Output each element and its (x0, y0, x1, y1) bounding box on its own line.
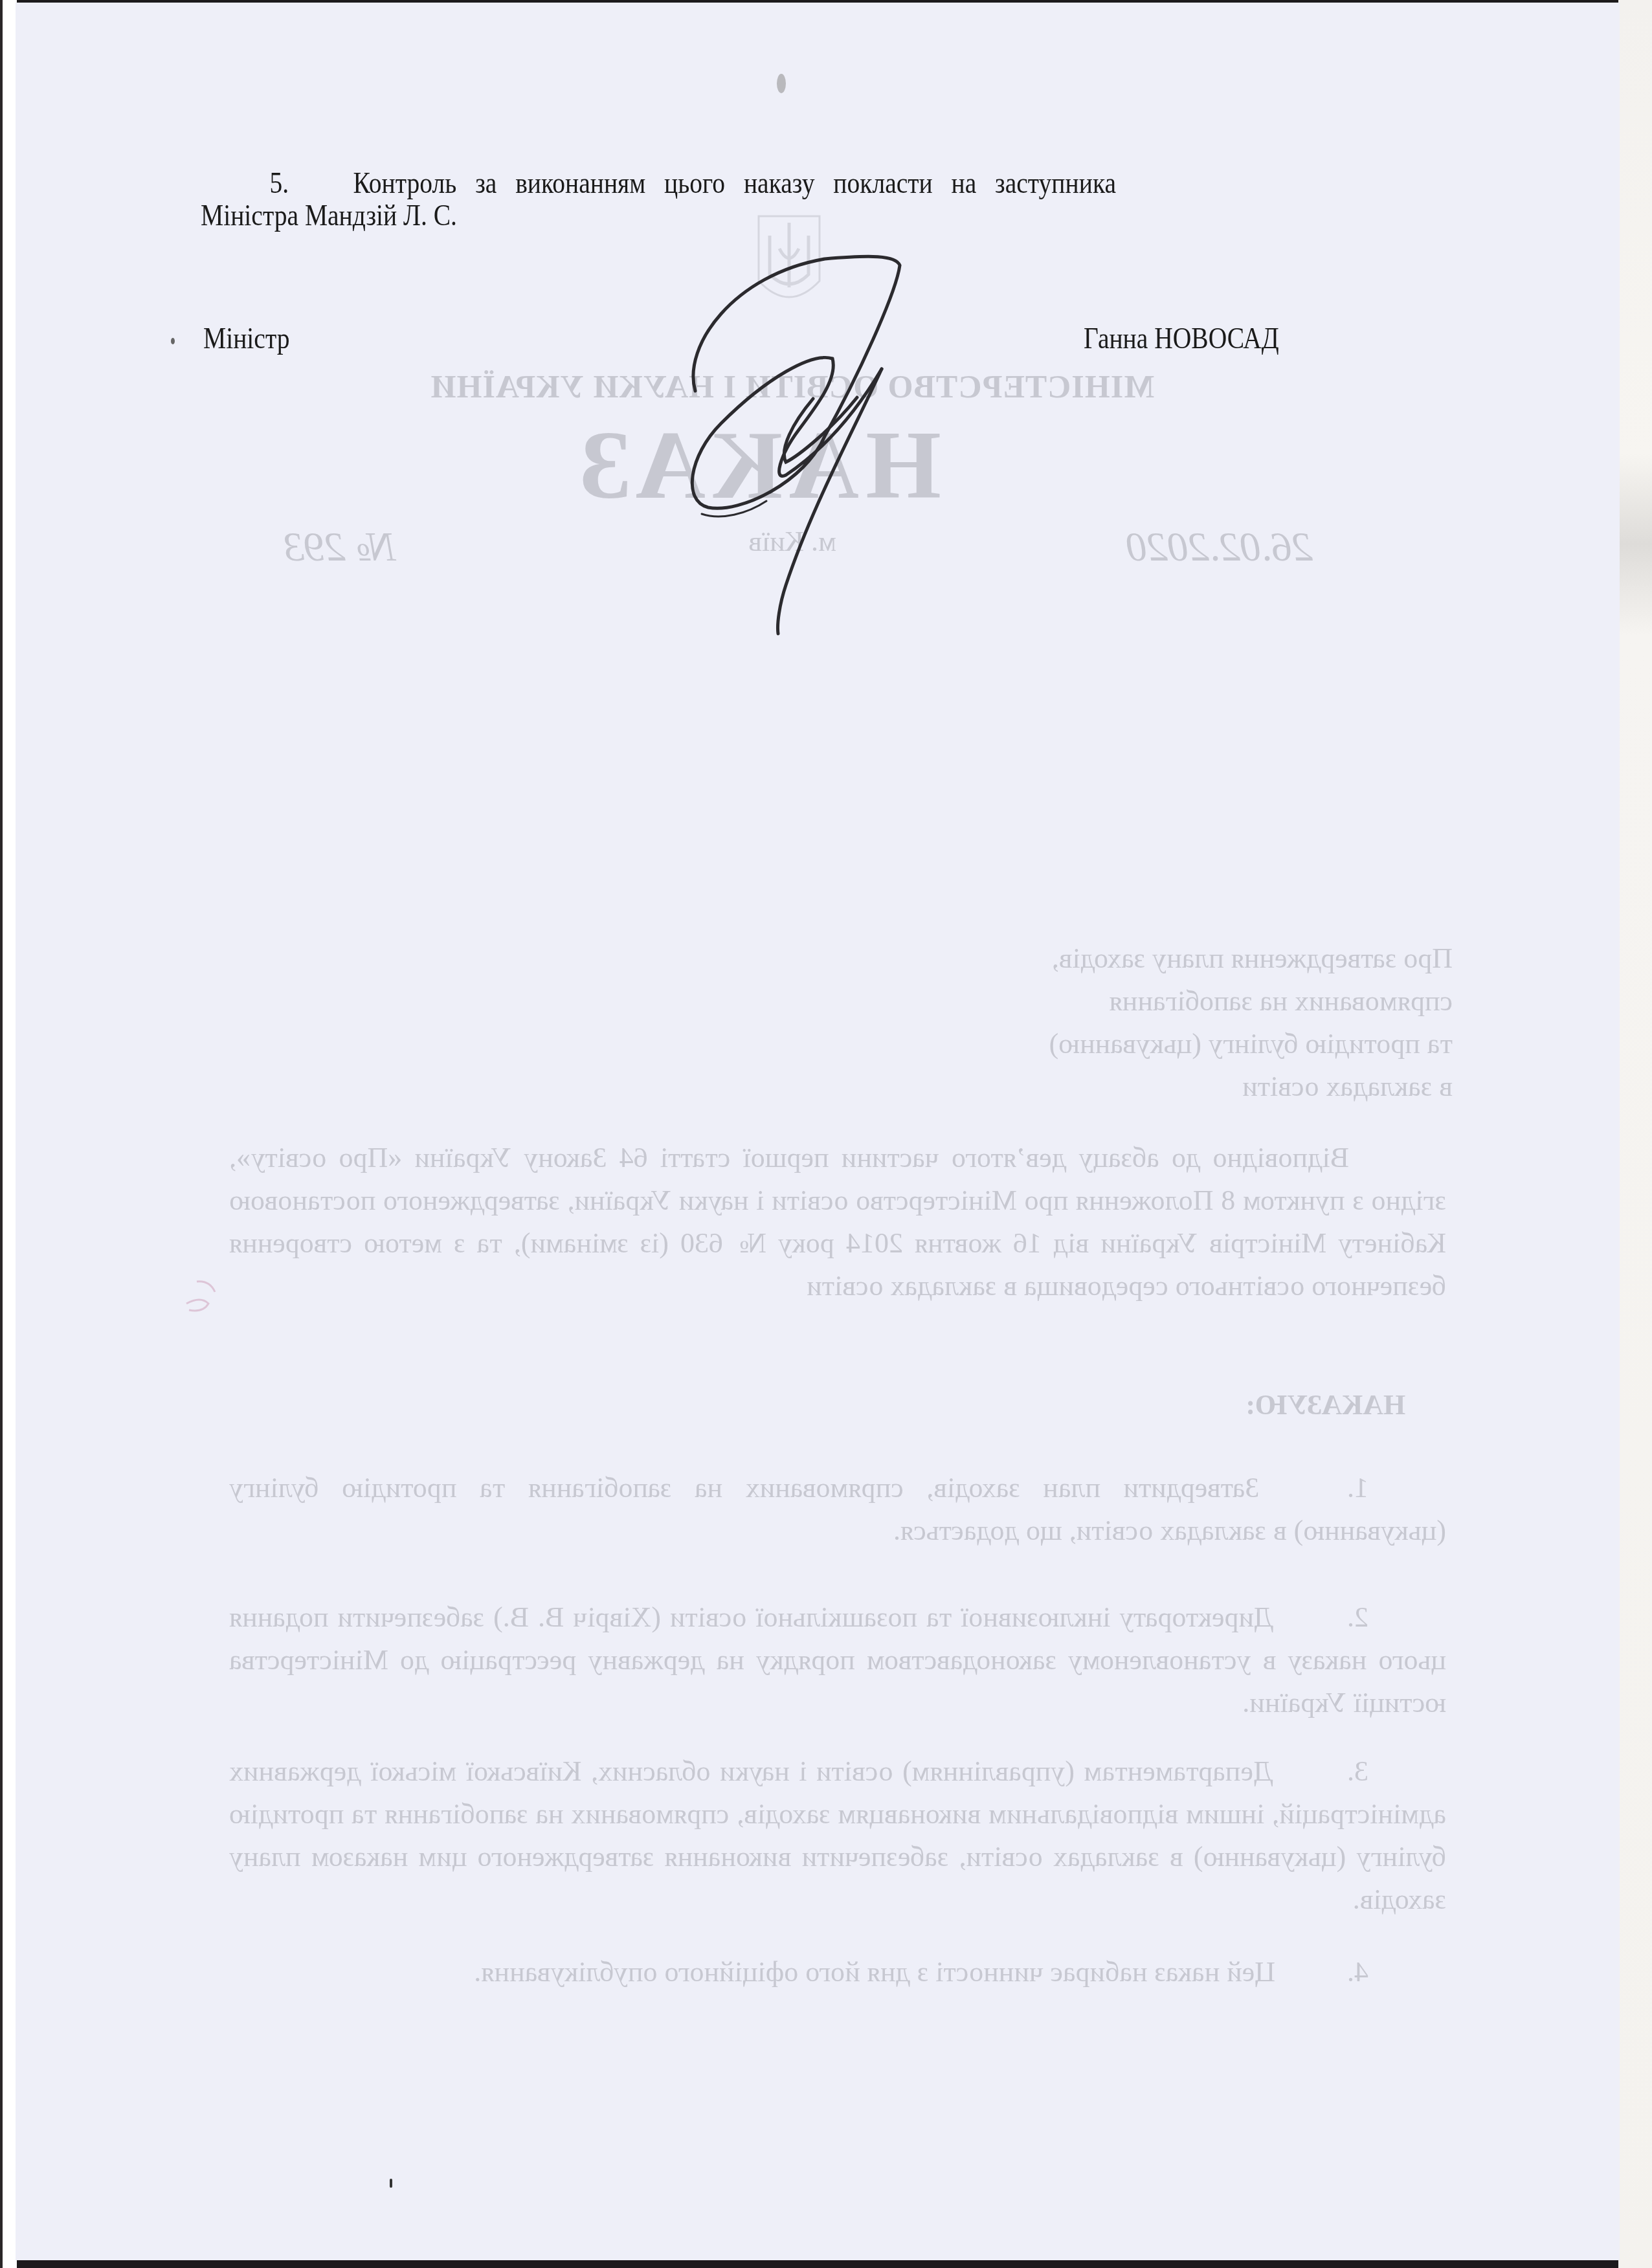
scanner-bed-right (1618, 0, 1652, 2268)
signatory-name: Ганна НОВОСАД (1084, 317, 1279, 360)
ghost-subject: Про затвердження плану заходів, спрямова… (941, 937, 1453, 1108)
ghost-subject-line: спрямованих на запобігання (941, 980, 1453, 1023)
ghost-item-text: Директорату інклюзивної та позашкільної … (229, 1601, 1446, 1718)
ghost-order-word: НАКАЗУЮ: (1245, 1384, 1405, 1427)
stamp-fragment-icon (177, 1278, 223, 1317)
ghost-subject-line: та протидію булінгу (цькуванню) (941, 1023, 1453, 1065)
ghost-item-text: Затвердити план заходів, спрямованих на … (229, 1472, 1446, 1546)
ghost-subject-line: в закладах освіти (941, 1065, 1453, 1108)
document-page: МІНІСТЕРСТВО ОСВІТИ І НАУКИ УКРАЇНИ НАКА… (16, 3, 1620, 2260)
item-5-line-2: Міністра Мандзій Л. С. (201, 194, 457, 237)
scanner-left-edge (0, 0, 17, 2268)
ghost-date: 26.02.2020 (1051, 526, 1388, 568)
ghost-preamble: Відповідно до абзацу дев’ятого частини п… (229, 1137, 1446, 1307)
ghost-item-4: 4. Цей наказ набирає чинності з дня його… (229, 1951, 1446, 1994)
ghost-item-text: Цей наказ набирає чинності з дня його оф… (474, 1956, 1340, 1988)
ghost-item-number: 1. (1347, 1472, 1368, 1504)
item-5-text: Контроль за виконанням цього наказу покл… (353, 166, 1116, 199)
ghost-item-text: Департаментам (управлінням) освіти і нау… (229, 1755, 1446, 1915)
ghost-order-number: № 293 (223, 526, 456, 568)
ghost-item-1: 1. Затвердити план заходів, спрямованих … (229, 1467, 1446, 1552)
scan-stain (777, 74, 786, 93)
handwritten-signature-icon (663, 236, 974, 637)
ghost-item-2: 2. Директорату інклюзивної та позашкільн… (229, 1596, 1446, 1724)
signatory-title: Міністр (203, 317, 289, 360)
ghost-subject-line: Про затвердження плану заходів, (941, 937, 1453, 980)
ghost-item-number: 2. (1347, 1601, 1368, 1633)
scan-speck (390, 2179, 392, 2188)
ghost-item-3: 3. Департаментам (управлінням) освіти і … (229, 1750, 1446, 1921)
scan-speck (171, 338, 175, 344)
ghost-item-number: 4. (1347, 1956, 1368, 1988)
ghost-item-number: 3. (1347, 1755, 1368, 1787)
